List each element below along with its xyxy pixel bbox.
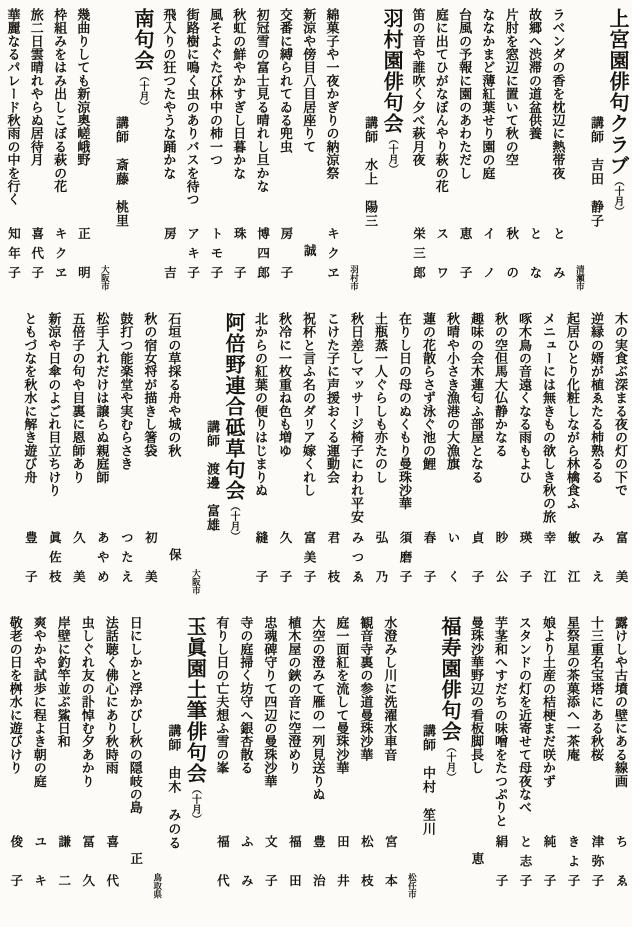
haiku-author: 冨久 (81, 835, 94, 913)
haiku-column: 土瓶蒸一人ぐらしも亦たのし弘乃 (373, 312, 387, 608)
haiku-author: スワ (435, 227, 448, 305)
haiku-column: 綿菓子や一夜かぎりの納涼祭キクヱ (325, 8, 338, 304)
haiku-column: 片肘を窓辺に置いて秋の空秋の (504, 8, 517, 304)
haiku-author: とな (529, 227, 542, 305)
haiku-author: 秋の (505, 227, 518, 305)
haiku-author: 博四郎 (256, 227, 269, 285)
section-header: 南句会（十月）講師 斎藤 桃里大阪市 (99, 8, 152, 304)
section-title: 福寿園俳句会（十月） (438, 616, 459, 782)
haiku-author: 珠子 (233, 227, 246, 305)
haiku-column: 風そよぐたび林中の柿一つトモ子 (209, 8, 222, 304)
haiku-column: 大空の澄みて雁の一列見送りぬ豊治 (310, 616, 324, 912)
haiku-column: 新涼や傍目八目居座りて誠 (302, 8, 315, 304)
haiku-author: 初美 (144, 531, 157, 609)
haiku-column: 祝杯と言ふ名のダリア嫁くれし富美子 (301, 312, 315, 608)
haiku-author: みつゑ (351, 531, 364, 589)
section-header: 羽村園俳句会（十月）講師 水上 陽三羽村市 (349, 8, 402, 304)
haiku-author: トモ子 (209, 227, 222, 285)
haiku-column: 爽やかや試歩に程よき朝の庭ユキ (32, 616, 46, 912)
text-band: 露けしや古墳の壁にある線画ちゑ十三重名宝塔にある秋桜津弥子星祭星の茶菓添へ一茶庵… (6, 616, 627, 912)
haiku-text: 新涼や傍目八目居座りて (302, 8, 315, 304)
haiku-column: 笛の音や誰吹く夕べ萩月夜栄三郎 (411, 8, 424, 304)
section-lecturer: 講師 斎藤 桃里 (114, 8, 128, 228)
section-month-label: （十月） (189, 784, 200, 824)
haiku-column: 飛入りの狂つたやうな踊かな房吉 (162, 8, 175, 304)
haiku-column: 街路樹に鳴く虫のありバスを待つアキ子 (185, 8, 198, 304)
haiku-author: 津弥子 (591, 835, 604, 893)
haiku-author: 知年子 (7, 227, 20, 285)
haiku-author: 田井 (336, 835, 349, 913)
haiku-column: 五倍子の句や目裏に恩師あり久美 (70, 312, 84, 608)
haiku-author: ちゑ (615, 835, 628, 913)
haiku-author: 房子 (279, 227, 292, 305)
haiku-column: 木の実食ぶ深まる夜の灯の下で富美 (613, 312, 627, 608)
section-month-label: （十月） (386, 134, 397, 174)
haiku-author: キクヱ (326, 227, 339, 285)
haiku-newsletter-page: 上宮園俳句クラブ（十月）講師 吉田 静子清瀬市ラベンダの香を枕辺に熱帯夜とみ故郷… (0, 0, 632, 927)
haiku-author: 文子 (264, 835, 277, 913)
haiku-author: とみ (552, 227, 565, 305)
haiku-author: 君枝 (327, 531, 340, 609)
haiku-author: つたえ (120, 531, 133, 589)
haiku-author: 富美子 (303, 531, 316, 589)
section-city: 羽村市 (349, 265, 361, 291)
haiku-author: 松枝 (360, 835, 373, 913)
haiku-author: 誠 (303, 244, 316, 257)
haiku-column: 水澄みし川に洗濯水車音宮本 (382, 616, 396, 912)
haiku-column: 寺の庭掃く坊守へ銀杏散るふみ (238, 616, 252, 912)
haiku-author: みえ (591, 531, 604, 609)
haiku-column: 鼓打つ能楽堂や実むらさきつたえ (118, 312, 132, 608)
section-month-label: （十月） (137, 71, 148, 111)
haiku-author: 保 (168, 548, 181, 561)
section-header: 上宮園俳句クラブ（十月）講師 吉田 静子清瀬市 (574, 8, 627, 304)
haiku-column: 秋の空但馬大仏静かなる眇公 (493, 312, 507, 608)
section-lecturer: 講師 由木 みのる (167, 616, 181, 850)
section-city: 清瀬市 (574, 265, 586, 291)
haiku-author: ふみ (240, 835, 253, 913)
section-title-text: 阿倍野連合砥草句会 (222, 312, 244, 501)
haiku-author: ユキ (33, 835, 46, 913)
haiku-column: 有りし日の亡夫想ふ雪の峯福代 (214, 616, 228, 912)
haiku-author: 久美 (72, 531, 85, 609)
haiku-column: 旅二日雲晴れやらぬ居待月喜代子 (29, 8, 42, 304)
haiku-column: 啄木鳥の音遠くなる雨もよひ瑛子 (517, 312, 531, 608)
haiku-author: 宮本 (384, 835, 397, 913)
section-city: 大阪市 (99, 265, 111, 291)
section-lecturer: 講師 吉田 静子 (589, 8, 603, 228)
haiku-column: 交番に縛られてゐる兜虫房子 (279, 8, 292, 304)
haiku-author: 瑛子 (519, 531, 532, 609)
section-lecturer: 講師 水上 陽三 (364, 8, 378, 228)
haiku-column: 枠組みをはみ出しこぼる萩の花キクヱ (53, 8, 66, 304)
section-title: 玉眞園土筆俳句会（十月） (183, 616, 204, 824)
haiku-column: 植木屋の鋏の音に空澄めり福田 (286, 616, 300, 912)
haiku-author: 弘乃 (375, 531, 388, 609)
haiku-author: 恵 (471, 852, 484, 865)
haiku-column: 庭に出てひがなぼんやり萩の花スワ (434, 8, 447, 304)
haiku-author: 敏江 (567, 531, 580, 609)
haiku-column: 趣味の会木蓮匂ふ部屋となる貞子 (469, 312, 483, 608)
haiku-author: 幸江 (543, 531, 556, 609)
section-header: 玉眞園土筆俳句会（十月）講師 由木 みのる鳥取県 (152, 616, 205, 912)
haiku-author: 富美 (615, 531, 628, 609)
haiku-column: 観音寺裏の参道曼珠沙華松枝 (358, 616, 372, 912)
haiku-column: ともづなを秋水に解き遊び舟豊子 (22, 312, 36, 608)
text-band: 上宮園俳句クラブ（十月）講師 吉田 静子清瀬市ラベンダの香を枕辺に熱帯夜とみ故郷… (6, 8, 627, 304)
page-content: 上宮園俳句クラブ（十月）講師 吉田 静子清瀬市ラベンダの香を枕辺に熱帯夜とみ故郷… (6, 8, 627, 912)
haiku-column: 華麗なるパレード秋雨の中を行く知年子 (6, 8, 19, 304)
haiku-column: 起居ひとり化粧しながら林檎食ふ敏江 (565, 312, 579, 608)
haiku-author: 福田 (288, 835, 301, 913)
haiku-column: スタンドの灯を近寄せて母夜なべと志子 (517, 616, 531, 912)
section-lecturer: 講師 渡邊 富雄 (205, 312, 219, 532)
haiku-column: 芋茎和へすだちの味噌をたつぷりと絹子 (493, 616, 507, 912)
section-header: 阿倍野連合砥草句会（十月）講師 渡邊 富雄大阪市 (190, 312, 243, 608)
haiku-column: 故郷へ渋滞の道盆供養とな (528, 8, 541, 304)
haiku-author: 眞佐枝 (48, 531, 61, 589)
haiku-column: こけた子に声援おくる運動会君枝 (325, 312, 339, 608)
haiku-column: 北からの紅葉の便りはじまりぬ縫子 (253, 312, 267, 608)
haiku-author: 貞子 (471, 531, 484, 609)
haiku-column: 在りし日の母のぬくもり曼珠沙華須磨子 (397, 312, 411, 608)
section-title-text: 羽村園俳句会 (380, 8, 402, 134)
haiku-column: 幾曲りしても新涼奥嵯峨野正明 (76, 8, 89, 304)
haiku-column: 日にしかと浮かびし秋の隠岐の島正 (128, 616, 142, 912)
haiku-author: 福代 (216, 835, 229, 913)
section-month-label: （十月） (612, 176, 623, 216)
haiku-column: 忠魂碑守りて四辺の曼珠沙華文子 (262, 616, 276, 912)
haiku-text: 曼珠沙華野辺の看板脚長し (470, 616, 483, 912)
haiku-column: 露けしや古墳の壁にある線画ちゑ (613, 616, 627, 912)
haiku-column: 台風の予報に園のあわただし恵子 (458, 8, 471, 304)
haiku-column: 秋日差しマッサージ椅子にわれ平安みつゑ (349, 312, 363, 608)
haiku-author: 正明 (77, 227, 90, 305)
section-title-text: 玉眞園土筆俳句会 (183, 616, 205, 784)
section-title: 羽村園俳句会（十月） (380, 8, 401, 174)
haiku-author: 縫子 (255, 531, 268, 609)
haiku-author: あやめ (96, 531, 109, 589)
section-title-text: 福寿園俳句会 (438, 616, 460, 742)
section-title: 阿倍野連合砥草句会（十月） (222, 312, 243, 541)
haiku-column: ななかまど薄紅葉せり園の庭イノ (481, 8, 494, 304)
haiku-text: 日にしかと浮かびし秋の隠岐の島 (129, 616, 142, 912)
haiku-author: 春子 (423, 531, 436, 609)
haiku-column: メニューには無きもの欲しき秋の旅幸江 (541, 312, 555, 608)
section-city: 大阪市 (190, 569, 202, 595)
haiku-author: 須磨子 (399, 531, 412, 589)
section-title-text: 上宮園俳句クラブ (606, 8, 628, 176)
section-lecturer: 講師 中村 笙川 (421, 616, 435, 836)
haiku-author: 純子 (543, 835, 556, 913)
text-band: 木の実食ぶ深まる夜の灯の下で富美逆縁の婿が植ゑたる柿熟るるみえ起居ひとり化粧しな… (6, 312, 627, 608)
haiku-column: ラベンダの香を枕辺に熱帯夜とみ (551, 8, 564, 304)
haiku-author: イノ (482, 227, 495, 305)
haiku-column: 秋の宿女将が描きし箸袋初美 (142, 312, 156, 608)
haiku-column: 娘より土産の桔梗まだ咲かず純子 (541, 616, 555, 912)
haiku-column: 逆縁の婿が植ゑたる柿熟るるみえ (589, 312, 603, 608)
haiku-author: いく (447, 531, 460, 609)
haiku-author: 俊子 (9, 835, 22, 913)
haiku-column: 秋冷に一枚重ね色も増ゆ久子 (277, 312, 291, 608)
haiku-column: 秋虹の鮮やかすぎし日暮かな珠子 (232, 8, 245, 304)
haiku-column: 石垣の草採る舟や城の秋保 (166, 312, 180, 608)
section-title-text: 南句会 (131, 8, 153, 71)
haiku-text: 石垣の草採る舟や城の秋 (167, 312, 180, 608)
section-month-label: （十月） (444, 742, 455, 782)
haiku-column: 曼珠沙華野辺の看板脚長し恵 (469, 616, 483, 912)
haiku-column: 十三重名宝塔にある秋桜津弥子 (589, 616, 603, 912)
haiku-author: きよ子 (567, 835, 580, 893)
haiku-column: 松手入れだけは譲らぬ親庭師あやめ (94, 312, 108, 608)
haiku-author: 豊治 (312, 835, 325, 913)
haiku-author: 恵子 (459, 227, 472, 305)
section-title: 上宮園俳句クラブ（十月） (606, 8, 627, 216)
haiku-column: 蓮の花散らさず泳ぐ池の鯉春子 (421, 312, 435, 608)
haiku-author: 栄三郎 (412, 227, 425, 285)
section-city: 鳥取県 (152, 873, 164, 899)
haiku-author: 正 (129, 852, 142, 865)
section-header: 福寿園俳句会（十月）講師 中村 笙川松任市 (406, 616, 459, 912)
haiku-author: キクヱ (54, 227, 67, 285)
haiku-column: 岸壁に釣竿並ぶ鯊日和謙二 (56, 616, 70, 912)
haiku-author: 豊子 (24, 531, 37, 609)
haiku-author: アキ子 (186, 227, 199, 285)
haiku-author: 謙二 (57, 835, 70, 913)
haiku-column: 庭一面紅を流して曼珠沙華田井 (334, 616, 348, 912)
section-month-label: （十月） (228, 501, 239, 541)
haiku-author: 久子 (279, 531, 292, 609)
haiku-column: 虫しぐれ友の訃悼む夕あかり冨久 (80, 616, 94, 912)
haiku-column: 法話聴く佛心にあり秋時雨喜代 (104, 616, 118, 912)
haiku-column: 敬老の日を桝水に遊びけり俊子 (8, 616, 22, 912)
haiku-author: 眇公 (495, 531, 508, 609)
haiku-column: 秋晴や小さき漁港の大漁旗いく (445, 312, 459, 608)
haiku-author: 房吉 (163, 227, 176, 305)
haiku-author: 喜代 (105, 835, 118, 913)
haiku-author: と志子 (519, 835, 532, 893)
haiku-column: 初冠雪の富士見る晴れし旦かな博四郎 (255, 8, 268, 304)
haiku-author: 喜代子 (30, 227, 43, 285)
section-city: 松任市 (406, 873, 418, 899)
section-title: 南句会（十月） (131, 8, 152, 111)
haiku-author: 絹子 (495, 835, 508, 913)
haiku-column: 星祭星の茶菓添へ一茶庵きよ子 (565, 616, 579, 912)
haiku-column: 新涼や日傘のよごれ目立ちけり眞佐枝 (46, 312, 60, 608)
